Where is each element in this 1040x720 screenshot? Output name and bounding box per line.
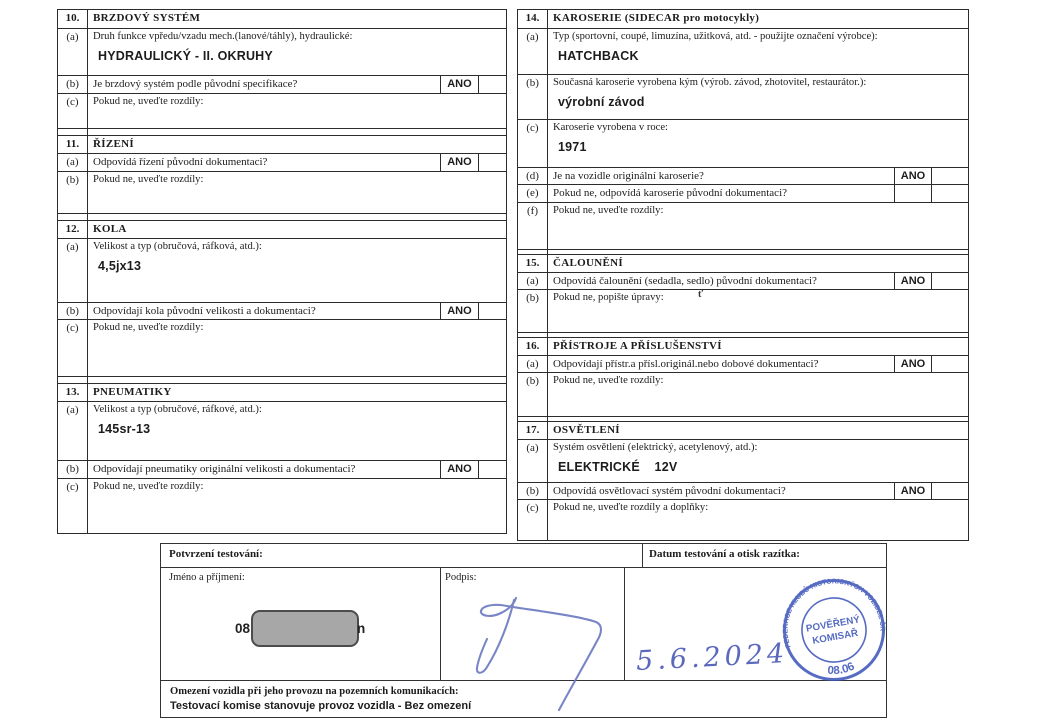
form-row: (a)Odpovídají přístr.a přísl.originál.ne… [518,355,969,372]
section-header-row: 17.OSVĚTLENÍ [518,422,969,440]
section-title: OSVĚTLENÍ [548,422,969,440]
answer-cell: ANO [440,76,478,94]
form-row: (f)Pokud ne, uveďte rozdíly: [518,202,969,249]
row-letter: (b) [518,75,548,120]
form-row: (a)Typ (sportovní, coupé, limuzína, užit… [518,29,969,75]
row-question: Odpovídají pneumatiky originální velikos… [88,461,441,478]
gap-cell [88,129,507,136]
section-title: KOLA [88,221,507,239]
section-header-row: 12.KOLA [58,221,507,239]
row-value: výrobní závod [553,94,963,110]
form-row: (b)Odpovídá osvětlovací systém původní d… [518,483,969,500]
row-content: Pokud ne, uveďte rozdíly: [548,202,969,249]
row-letter: (b) [518,483,548,500]
row-question: Je brzdový systém podle původní specifik… [88,76,441,94]
form-row: (d)Je na vozidle originální karoserie?AN… [518,168,969,185]
row-letter: (a) [58,29,88,76]
gap-cell [58,129,88,136]
ink-stray-mark: ť [698,289,703,300]
section-title: PNEUMATIKY [88,384,507,402]
section-number: 13. [58,384,88,402]
restriction-label: Omezení vozidla při jeho provozu na poze… [170,686,877,697]
form-row: (b)Současná karoserie vyrobena kým (výro… [518,75,969,120]
row-label: Pokud ne, uveďte rozdíly a doplňky: [553,501,963,515]
section-number: 10. [58,10,88,29]
form-row: (a)Velikost a typ (obručová, ráfková, at… [58,239,507,303]
row-content: Druh funkce vpředu/vzadu mech.(lanové/tá… [88,29,507,76]
row-content: Pokud ne, uveďte rozdíly: [548,373,969,417]
row-value: HYDRAULICKÝ - II. OKRUHY [93,48,501,64]
form-row: (c)Karoserie vyrobena v roce:1971 [518,120,969,168]
form-row: (a)Odpovídá čalounění (sedadla, sedlo) p… [518,272,969,289]
row-letter: (c) [58,478,88,533]
row-label: Pokud ne, popište úpravy: [553,291,963,305]
row-letter: (e) [518,185,548,202]
form-row: (a)Systém osvětlení (elektrický, acetyle… [518,440,969,483]
name-suffix: n [357,621,365,636]
form-row: (b)Pokud ne, uveďte rozdíly: [518,373,969,417]
answer-cell: ANO [440,461,478,478]
row-letter: (b) [58,76,88,94]
name-prefix: 08 [235,621,250,636]
row-letter: (b) [518,373,548,417]
form-row: (e)Pokud ne, odpovídá karoserie původní … [518,185,969,202]
section-header-row: 16.PŘÍSTROJE A PŘÍSLUŠENSTVÍ [518,337,969,355]
section-title: ČALOUNĚNÍ [548,254,969,272]
row-label: Typ (sportovní, coupé, limuzína, užitkov… [553,30,963,44]
row-letter: (b) [58,303,88,320]
row-letter: (a) [518,355,548,372]
row-question: Odpovídá čalounění (sedadla, sedlo) půvo… [548,272,895,289]
section-header-row: 14.KAROSERIE (SIDECAR pro motocykly) [518,10,969,29]
row-letter: (a) [58,239,88,303]
form-row: (b)Odpovídají pneumatiky originální veli… [58,461,507,478]
row-label: Pokud ne, uveďte rozdíly: [553,204,963,218]
section-number: 16. [518,337,548,355]
answer-blank-cell [931,483,968,500]
row-question: Odpovídá osvětlovací systém původní doku… [548,483,895,500]
row-label: Karoserie vyrobena v roce: [553,121,963,135]
confirmation-header: Potvrzení testování: [161,544,643,567]
form-row: (b)Je brzdový systém podle původní speci… [58,76,507,94]
row-letter: (a) [518,272,548,289]
row-letter: (a) [518,440,548,483]
row-content: Pokud ne, uveďte rozdíly: [88,172,507,214]
row-label: Pokud ne, uveďte rozdíly: [553,374,963,388]
row-content: Současná karoserie vyrobena kým (výrob. … [548,75,969,120]
row-value: 4,5jx13 [93,258,501,274]
row-content: Pokud ne, uveďte rozdíly: [88,94,507,129]
answer-cell: ANO [894,355,931,372]
form-row: (b)Pokud ne, popište úpravy: [518,289,969,332]
row-label: Současná karoserie vyrobena kým (výrob. … [553,76,963,90]
row-question: Odpovídají přístr.a přísl.originál.nebo … [548,355,895,372]
row-value: ELEKTRICKÉ 12V [553,459,963,475]
row-question: Je na vozidle originální karoserie? [548,168,895,185]
signature-cell: Podpis: [441,568,625,680]
row-content: Typ (sportovní, coupé, limuzína, užitkov… [548,29,969,75]
answer-blank-cell [478,303,506,320]
row-content: Velikost a typ (obručové, ráfkové, atd.)… [88,402,507,461]
row-letter: (c) [58,94,88,129]
row-label: Pokud ne, uveďte rozdíly: [93,480,501,494]
row-letter: (a) [58,154,88,172]
row-value: HATCHBACK [553,48,963,64]
commissioner-stamp: FEDERACE KLUBŮ HISTORICKÝCH VOZIDEL ČR 0… [780,576,888,684]
section-number: 15. [518,254,548,272]
scanned-form-page: 10.BRZDOVÝ SYSTÉM(a)Druh funkce vpředu/v… [0,0,1040,720]
section-header-row: 11.ŘÍZENÍ [58,136,507,154]
row-question: Pokud ne, odpovídá karoserie původní dok… [548,185,895,202]
row-letter: (b) [58,172,88,214]
row-content: Systém osvětlení (elektrický, acetylenov… [548,440,969,483]
section-header-row: 15.ČALOUNĚNÍ [518,254,969,272]
restriction-cell: Omezení vozidla při jeho provozu na poze… [161,681,886,712]
answer-cell: ANO [440,303,478,320]
restriction-value: Testovací komise stanovuje provoz vozidl… [170,700,877,712]
row-letter: (a) [58,402,88,461]
row-label: Velikost a typ (obručová, ráfková, atd.)… [93,240,501,254]
row-label: Pokud ne, uveďte rozdíly: [93,95,501,109]
answer-blank-cell [478,461,506,478]
section-title: BRZDOVÝ SYSTÉM [88,10,507,29]
row-content: Karoserie vyrobena v roce:1971 [548,120,969,168]
section-number: 14. [518,10,548,29]
form-row: (b)Odpovídají kola původní velikosti a d… [58,303,507,320]
row-letter: (a) [518,29,548,75]
left-column-table: 10.BRZDOVÝ SYSTÉM(a)Druh funkce vpředu/v… [57,9,507,534]
row-letter: (c) [58,320,88,377]
footer-header-row: Potvrzení testování: Datum testování a o… [161,544,886,568]
answer-cell: ANO [894,272,931,289]
form-row: (c)Pokud ne, uveďte rozdíly: [58,94,507,129]
section-number: 17. [518,422,548,440]
answer-blank-cell [478,76,506,94]
row-content: Pokud ne, uveďte rozdíly a doplňky: [548,500,969,541]
section-gap [58,129,507,136]
name-cell: Jméno a příjmení: 08 n [161,568,441,680]
row-question: Odpovídají kola původní velikosti a doku… [88,303,441,320]
answer-blank-cell [931,185,968,202]
commissioner-name: 08 n [235,610,365,647]
gap-cell [88,214,507,221]
row-letter: (b) [58,461,88,478]
answer-cell: ANO [440,154,478,172]
row-value: 1971 [553,139,963,155]
form-row: (a)Odpovídá řízení původní dokumentaci?A… [58,154,507,172]
row-label: Druh funkce vpředu/vzadu mech.(lanové/tá… [93,30,501,44]
row-letter: (c) [518,500,548,541]
date-stamp-header: Datum testování a otisk razítka: [643,544,886,567]
row-letter: (c) [518,120,548,168]
section-title: ŘÍZENÍ [88,136,507,154]
gap-cell [58,214,88,221]
section-gap [58,214,507,221]
row-label: Pokud ne, uveďte rozdíly: [93,173,501,187]
row-question: Odpovídá řízení původní dokumentaci? [88,154,441,172]
answer-blank-cell [931,355,968,372]
row-label: Velikost a typ (obručové, ráfkové, atd.)… [93,403,501,417]
section-header-row: 10.BRZDOVÝ SYSTÉM [58,10,507,29]
section-gap [58,377,507,384]
right-column-table: 14.KAROSERIE (SIDECAR pro motocykly)(a)T… [517,9,969,541]
name-label: Jméno a příjmení: [169,572,432,583]
row-value: 145sr-13 [93,421,501,437]
row-content: Velikost a typ (obručová, ráfková, atd.)… [88,239,507,303]
form-row: (c)Pokud ne, uveďte rozdíly a doplňky: [518,500,969,541]
redaction-box [251,610,359,647]
answer-cell [894,185,931,202]
answer-cell: ANO [894,483,931,500]
answer-blank-cell [931,272,968,289]
form-row: (b)Pokud ne, uveďte rozdíly: [58,172,507,214]
row-letter: (d) [518,168,548,185]
section-title: KAROSERIE (SIDECAR pro motocykly) [548,10,969,29]
form-row: (c)Pokud ne, uveďte rozdíly: [58,478,507,533]
answer-cell: ANO [894,168,931,185]
form-row: (a)Velikost a typ (obručové, ráfkové, at… [58,402,507,461]
section-title: PŘÍSTROJE A PŘÍSLUŠENSTVÍ [548,337,969,355]
form-row: (a)Druh funkce vpředu/vzadu mech.(lanové… [58,29,507,76]
answer-blank-cell [478,154,506,172]
testing-confirmation-box: Potvrzení testování: Datum testování a o… [160,543,887,718]
gap-cell [58,377,88,384]
row-content: Pokud ne, uveďte rozdíly: [88,320,507,377]
row-content: Pokud ne, popište úpravy: [548,289,969,332]
row-label: Pokud ne, uveďte rozdíly: [93,321,501,335]
form-row: (c)Pokud ne, uveďte rozdíly: [58,320,507,377]
row-letter: (f) [518,202,548,249]
gap-cell [88,377,507,384]
row-content: Pokud ne, uveďte rozdíly: [88,478,507,533]
row-letter: (b) [518,289,548,332]
section-header-row: 13.PNEUMATIKY [58,384,507,402]
section-number: 11. [58,136,88,154]
section-number: 12. [58,221,88,239]
answer-blank-cell [931,168,968,185]
signature-label: Podpis: [445,572,620,583]
row-label: Systém osvětlení (elektrický, acetylenov… [553,441,963,455]
